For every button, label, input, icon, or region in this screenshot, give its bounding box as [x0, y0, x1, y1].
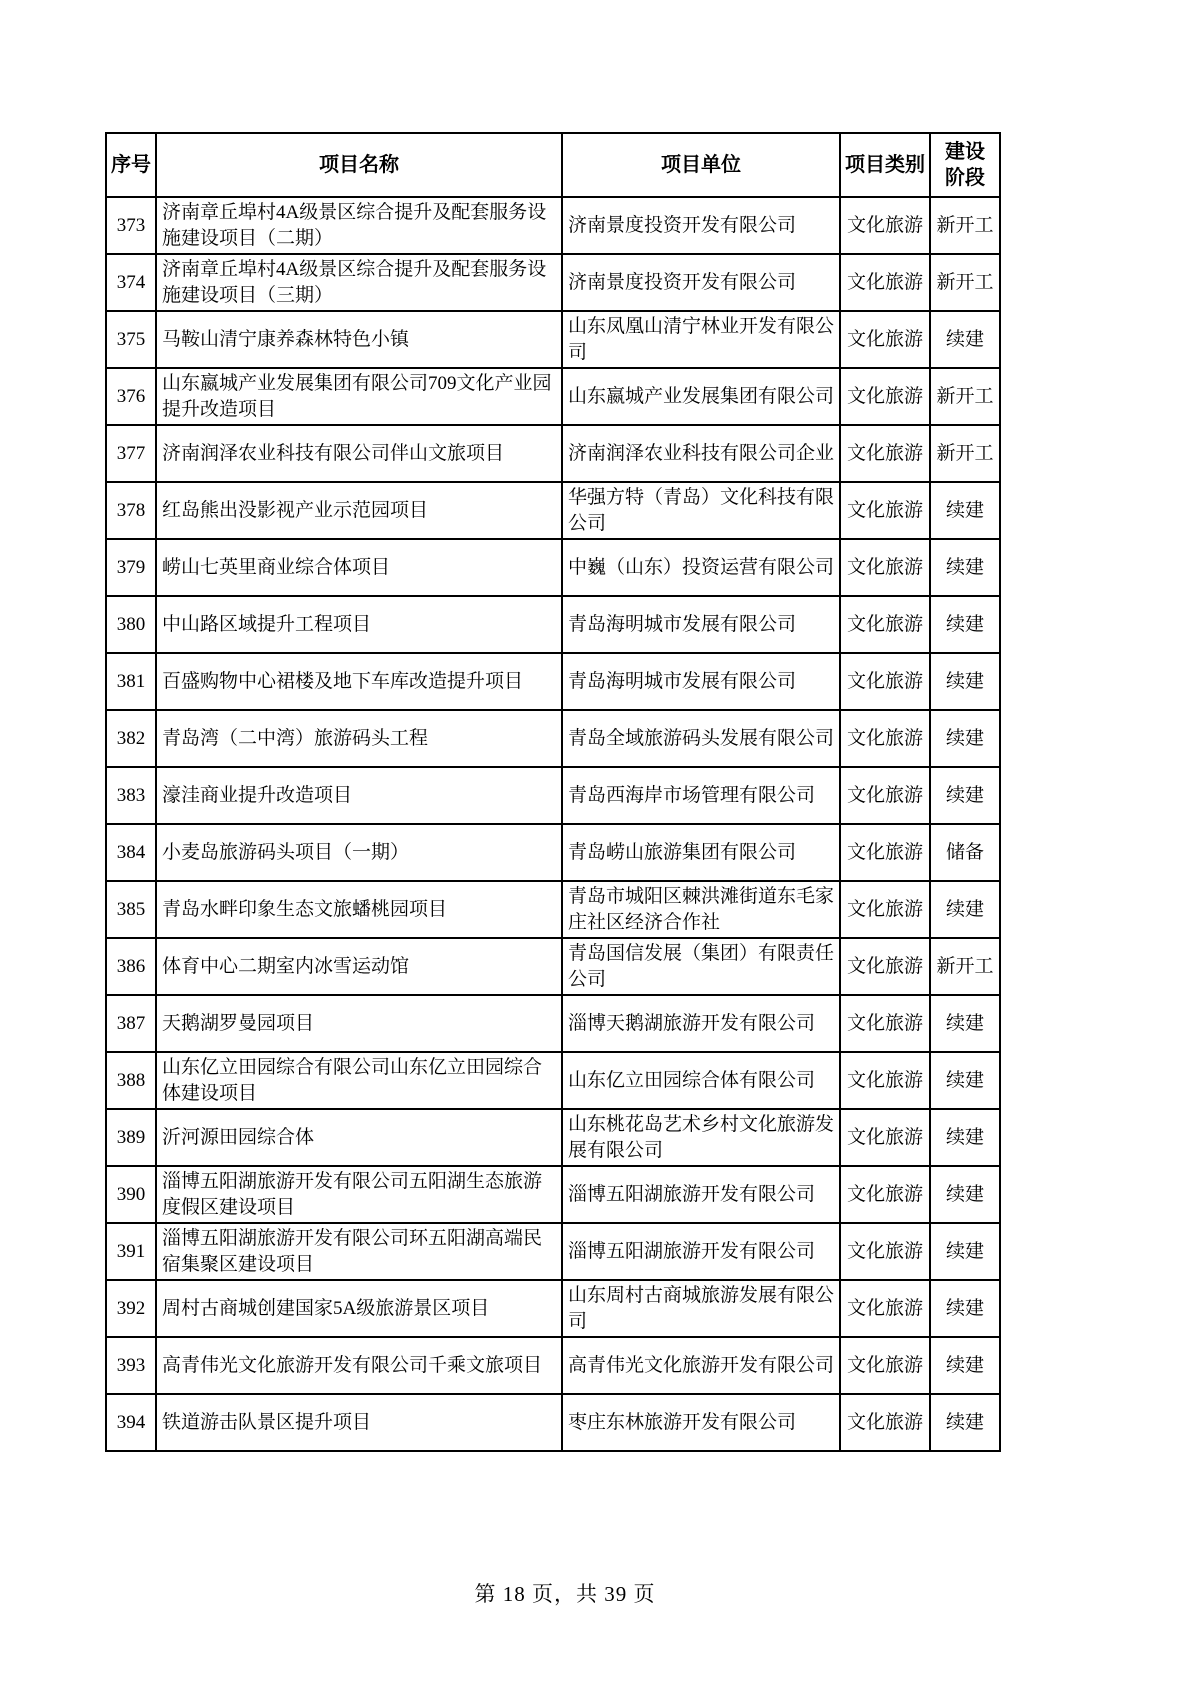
cell-unit: 济南景度投资开发有限公司 — [562, 197, 840, 254]
cell-no: 373 — [106, 197, 156, 254]
cell-unit: 中巍（山东）投资运营有限公司 — [562, 539, 840, 596]
cell-category: 文化旅游 — [840, 539, 930, 596]
cell-no: 374 — [106, 254, 156, 311]
cell-unit: 青岛西海岸市场管理有限公司 — [562, 767, 840, 824]
cell-name: 山东亿立田园综合有限公司山东亿立田园综合体建设项目 — [156, 1052, 562, 1109]
table-row: 374济南章丘埠村4A级景区综合提升及配套服务设施建设项目（三期）济南景度投资开… — [106, 254, 1000, 311]
cell-category: 文化旅游 — [840, 197, 930, 254]
cell-unit: 青岛国信发展（集团）有限责任公司 — [562, 938, 840, 995]
cell-unit: 青岛市城阳区棘洪滩街道东毛家庄社区经济合作社 — [562, 881, 840, 938]
cell-unit: 山东嬴城产业发展集团有限公司 — [562, 368, 840, 425]
cell-category: 文化旅游 — [840, 1394, 930, 1451]
cell-unit: 青岛全域旅游码头发展有限公司 — [562, 710, 840, 767]
cell-unit: 青岛海明城市发展有限公司 — [562, 653, 840, 710]
projects-table: 序号项目名称项目单位项目类别建设 阶段 373济南章丘埠村4A级景区综合提升及配… — [105, 132, 1001, 1452]
cell-name: 体育中心二期室内冰雪运动馆 — [156, 938, 562, 995]
cell-no: 381 — [106, 653, 156, 710]
cell-stage: 续建 — [930, 995, 1000, 1052]
cell-name: 铁道游击队景区提升项目 — [156, 1394, 562, 1451]
cell-category: 文化旅游 — [840, 1337, 930, 1394]
cell-no: 378 — [106, 482, 156, 539]
cell-category: 文化旅游 — [840, 767, 930, 824]
cell-name: 青岛湾（二中湾）旅游码头工程 — [156, 710, 562, 767]
cell-no: 387 — [106, 995, 156, 1052]
cell-stage: 续建 — [930, 482, 1000, 539]
cell-unit: 淄博五阳湖旅游开发有限公司 — [562, 1223, 840, 1280]
cell-name: 沂河源田园综合体 — [156, 1109, 562, 1166]
table-row: 393高青伟光文化旅游开发有限公司千乘文旅项目高青伟光文化旅游开发有限公司文化旅… — [106, 1337, 1000, 1394]
cell-stage: 续建 — [930, 596, 1000, 653]
cell-name: 周村古商城创建国家5A级旅游景区项目 — [156, 1280, 562, 1337]
cell-no: 376 — [106, 368, 156, 425]
cell-no: 382 — [106, 710, 156, 767]
cell-no: 380 — [106, 596, 156, 653]
cell-category: 文化旅游 — [840, 710, 930, 767]
cell-stage: 续建 — [930, 1166, 1000, 1223]
cell-no: 393 — [106, 1337, 156, 1394]
cell-category: 文化旅游 — [840, 1280, 930, 1337]
cell-name: 马鞍山清宁康养森林特色小镇 — [156, 311, 562, 368]
cell-name: 高青伟光文化旅游开发有限公司千乘文旅项目 — [156, 1337, 562, 1394]
cell-stage: 续建 — [930, 1337, 1000, 1394]
cell-category: 文化旅游 — [840, 368, 930, 425]
cell-unit: 山东周村古商城旅游发展有限公司 — [562, 1280, 840, 1337]
table-row: 387天鹅湖罗曼园项目淄博天鹅湖旅游开发有限公司文化旅游续建 — [106, 995, 1000, 1052]
table-row: 375马鞍山清宁康养森林特色小镇山东凤凰山清宁林业开发有限公司文化旅游续建 — [106, 311, 1000, 368]
table-row: 380中山路区域提升工程项目青岛海明城市发展有限公司文化旅游续建 — [106, 596, 1000, 653]
table-row: 384小麦岛旅游码头项目（一期）青岛崂山旅游集团有限公司文化旅游储备 — [106, 824, 1000, 881]
cell-stage: 续建 — [930, 653, 1000, 710]
table-row: 376山东嬴城产业发展集团有限公司709文化产业园提升改造项目山东嬴城产业发展集… — [106, 368, 1000, 425]
cell-name: 济南润泽农业科技有限公司伴山文旅项目 — [156, 425, 562, 482]
cell-category: 文化旅游 — [840, 1166, 930, 1223]
cell-no: 390 — [106, 1166, 156, 1223]
cell-stage: 续建 — [930, 1394, 1000, 1451]
cell-category: 文化旅游 — [840, 653, 930, 710]
table-row: 382青岛湾（二中湾）旅游码头工程青岛全域旅游码头发展有限公司文化旅游续建 — [106, 710, 1000, 767]
cell-unit: 枣庄东林旅游开发有限公司 — [562, 1394, 840, 1451]
table-row: 394铁道游击队景区提升项目枣庄东林旅游开发有限公司文化旅游续建 — [106, 1394, 1000, 1451]
cell-no: 394 — [106, 1394, 156, 1451]
cell-no: 392 — [106, 1280, 156, 1337]
column-header-2: 项目单位 — [562, 133, 840, 197]
column-header-3: 项目类别 — [840, 133, 930, 197]
cell-stage: 续建 — [930, 1052, 1000, 1109]
table-row: 390淄博五阳湖旅游开发有限公司五阳湖生态旅游度假区建设项目淄博五阳湖旅游开发有… — [106, 1166, 1000, 1223]
table-header-row: 序号项目名称项目单位项目类别建设 阶段 — [106, 133, 1000, 197]
table-row: 385青岛水畔印象生态文旅蟠桃园项目青岛市城阳区棘洪滩街道东毛家庄社区经济合作社… — [106, 881, 1000, 938]
cell-category: 文化旅游 — [840, 425, 930, 482]
cell-no: 385 — [106, 881, 156, 938]
cell-category: 文化旅游 — [840, 1052, 930, 1109]
table-row: 381百盛购物中心裙楼及地下车库改造提升项目青岛海明城市发展有限公司文化旅游续建 — [106, 653, 1000, 710]
cell-stage: 续建 — [930, 311, 1000, 368]
column-header-1: 项目名称 — [156, 133, 562, 197]
cell-stage: 续建 — [930, 1223, 1000, 1280]
column-header-4: 建设 阶段 — [930, 133, 1000, 197]
table-row: 386体育中心二期室内冰雪运动馆青岛国信发展（集团）有限责任公司文化旅游新开工 — [106, 938, 1000, 995]
cell-unit: 青岛崂山旅游集团有限公司 — [562, 824, 840, 881]
cell-name: 山东嬴城产业发展集团有限公司709文化产业园提升改造项目 — [156, 368, 562, 425]
cell-unit: 山东桃花岛艺术乡村文化旅游发展有限公司 — [562, 1109, 840, 1166]
table-row: 383濠洼商业提升改造项目青岛西海岸市场管理有限公司文化旅游续建 — [106, 767, 1000, 824]
cell-unit: 高青伟光文化旅游开发有限公司 — [562, 1337, 840, 1394]
cell-name: 小麦岛旅游码头项目（一期） — [156, 824, 562, 881]
cell-name: 淄博五阳湖旅游开发有限公司五阳湖生态旅游度假区建设项目 — [156, 1166, 562, 1223]
cell-category: 文化旅游 — [840, 254, 930, 311]
cell-no: 383 — [106, 767, 156, 824]
cell-stage: 续建 — [930, 1280, 1000, 1337]
cell-no: 388 — [106, 1052, 156, 1109]
cell-no: 386 — [106, 938, 156, 995]
cell-name: 淄博五阳湖旅游开发有限公司环五阳湖高端民宿集聚区建设项目 — [156, 1223, 562, 1280]
cell-stage: 新开工 — [930, 197, 1000, 254]
cell-category: 文化旅游 — [840, 824, 930, 881]
cell-unit: 山东亿立田园综合体有限公司 — [562, 1052, 840, 1109]
table-row: 377济南润泽农业科技有限公司伴山文旅项目济南润泽农业科技有限公司企业文化旅游新… — [106, 425, 1000, 482]
cell-stage: 新开工 — [930, 368, 1000, 425]
cell-category: 文化旅游 — [840, 1223, 930, 1280]
cell-stage: 新开工 — [930, 254, 1000, 311]
table-row: 389沂河源田园综合体山东桃花岛艺术乡村文化旅游发展有限公司文化旅游续建 — [106, 1109, 1000, 1166]
table-row: 392周村古商城创建国家5A级旅游景区项目山东周村古商城旅游发展有限公司文化旅游… — [106, 1280, 1000, 1337]
table-head: 序号项目名称项目单位项目类别建设 阶段 — [106, 133, 1000, 197]
cell-name: 濠洼商业提升改造项目 — [156, 767, 562, 824]
cell-no: 375 — [106, 311, 156, 368]
cell-category: 文化旅游 — [840, 596, 930, 653]
cell-no: 379 — [106, 539, 156, 596]
cell-unit: 山东凤凰山清宁林业开发有限公司 — [562, 311, 840, 368]
cell-stage: 续建 — [930, 767, 1000, 824]
cell-stage: 续建 — [930, 710, 1000, 767]
cell-category: 文化旅游 — [840, 311, 930, 368]
cell-category: 文化旅游 — [840, 881, 930, 938]
cell-unit: 青岛海明城市发展有限公司 — [562, 596, 840, 653]
cell-no: 377 — [106, 425, 156, 482]
table-row: 378红岛熊出没影视产业示范园项目华强方特（青岛）文化科技有限公司文化旅游续建 — [106, 482, 1000, 539]
cell-unit: 淄博天鹅湖旅游开发有限公司 — [562, 995, 840, 1052]
page-footer: 第 18 页，共 39 页 — [0, 1578, 1130, 1608]
cell-unit: 华强方特（青岛）文化科技有限公司 — [562, 482, 840, 539]
table-row: 388山东亿立田园综合有限公司山东亿立田园综合体建设项目山东亿立田园综合体有限公… — [106, 1052, 1000, 1109]
cell-stage: 新开工 — [930, 425, 1000, 482]
cell-category: 文化旅游 — [840, 1109, 930, 1166]
cell-stage: 续建 — [930, 1109, 1000, 1166]
table-row: 391淄博五阳湖旅游开发有限公司环五阳湖高端民宿集聚区建设项目淄博五阳湖旅游开发… — [106, 1223, 1000, 1280]
cell-name: 百盛购物中心裙楼及地下车库改造提升项目 — [156, 653, 562, 710]
cell-name: 济南章丘埠村4A级景区综合提升及配套服务设施建设项目（二期） — [156, 197, 562, 254]
cell-stage: 新开工 — [930, 938, 1000, 995]
cell-unit: 淄博五阳湖旅游开发有限公司 — [562, 1166, 840, 1223]
cell-category: 文化旅游 — [840, 482, 930, 539]
cell-name: 红岛熊出没影视产业示范园项目 — [156, 482, 562, 539]
cell-name: 天鹅湖罗曼园项目 — [156, 995, 562, 1052]
cell-stage: 续建 — [930, 539, 1000, 596]
cell-stage: 续建 — [930, 881, 1000, 938]
cell-name: 济南章丘埠村4A级景区综合提升及配套服务设施建设项目（三期） — [156, 254, 562, 311]
cell-no: 391 — [106, 1223, 156, 1280]
document-page: 序号项目名称项目单位项目类别建设 阶段 373济南章丘埠村4A级景区综合提升及配… — [0, 0, 1190, 1684]
cell-category: 文化旅游 — [840, 938, 930, 995]
cell-unit: 济南景度投资开发有限公司 — [562, 254, 840, 311]
cell-name: 崂山七英里商业综合体项目 — [156, 539, 562, 596]
cell-stage: 储备 — [930, 824, 1000, 881]
cell-name: 中山路区域提升工程项目 — [156, 596, 562, 653]
cell-no: 389 — [106, 1109, 156, 1166]
column-header-0: 序号 — [106, 133, 156, 197]
cell-no: 384 — [106, 824, 156, 881]
cell-name: 青岛水畔印象生态文旅蟠桃园项目 — [156, 881, 562, 938]
table-body: 373济南章丘埠村4A级景区综合提升及配套服务设施建设项目（二期）济南景度投资开… — [106, 197, 1000, 1451]
cell-unit: 济南润泽农业科技有限公司企业 — [562, 425, 840, 482]
table-row: 373济南章丘埠村4A级景区综合提升及配套服务设施建设项目（二期）济南景度投资开… — [106, 197, 1000, 254]
table-row: 379崂山七英里商业综合体项目中巍（山东）投资运营有限公司文化旅游续建 — [106, 539, 1000, 596]
cell-category: 文化旅游 — [840, 995, 930, 1052]
